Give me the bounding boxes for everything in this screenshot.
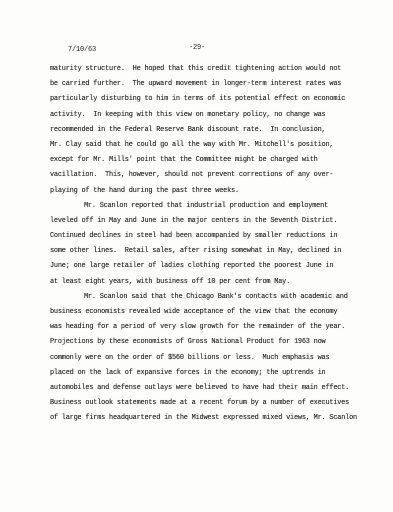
document-line: particularly disturbing to him in terms … (50, 92, 370, 107)
document-line: placed on the lack of expansive forces i… (50, 366, 370, 381)
document-page: 7/10/63 -29- maturity structure. He hope… (0, 0, 393, 512)
document-line: business economists revealed wide accept… (50, 305, 370, 320)
document-line: Business outlook statements made at a re… (50, 396, 370, 411)
document-line: activity. In keeping with this view on m… (50, 108, 370, 123)
document-line: June; one large retailer of ladies cloth… (50, 259, 370, 274)
document-line: commonly were on the order of $560 billi… (50, 351, 370, 366)
document-line: vacillation. This, however, should not p… (50, 168, 370, 183)
document-line: Projections by these economists of Gross… (50, 335, 370, 350)
document-line: of large firms headquartered in the Midw… (50, 411, 370, 426)
scanned-document-page: { "document": { "date": "7/10/63", "page… (0, 0, 393, 512)
document-line: at least eight years, with business off … (50, 275, 370, 290)
document-line: be carried further. The upward movement … (50, 77, 370, 92)
document-line: leveled off in May and June in the major… (50, 214, 370, 229)
document-line: automobiles and defense outlays were bel… (50, 381, 370, 396)
document-line: Mr. Scanlon said that the Chicago Bank's… (50, 290, 370, 305)
document-body: maturity structure. He hoped that this c… (50, 62, 370, 427)
document-line: recommended in the Federal Reserve Bank … (50, 123, 370, 138)
document-line: except for Mr. Mills' point that the Com… (50, 153, 370, 168)
document-line: Continued declines in steel had been acc… (50, 229, 370, 244)
document-line: was heading for a period of very slow gr… (50, 320, 370, 335)
page-number: -29- (50, 44, 344, 52)
document-line: Mr. Scanlon reported that industrial pro… (50, 199, 370, 214)
page-header: 7/10/63 -29- (50, 44, 358, 58)
document-line: some other lines. Retail sales, after ri… (50, 244, 370, 259)
document-line: maturity structure. He hoped that this c… (50, 62, 370, 77)
document-line: Mr. Clay said that he could go all the w… (50, 138, 370, 153)
document-line: playing of the hand during the past thre… (50, 184, 370, 199)
